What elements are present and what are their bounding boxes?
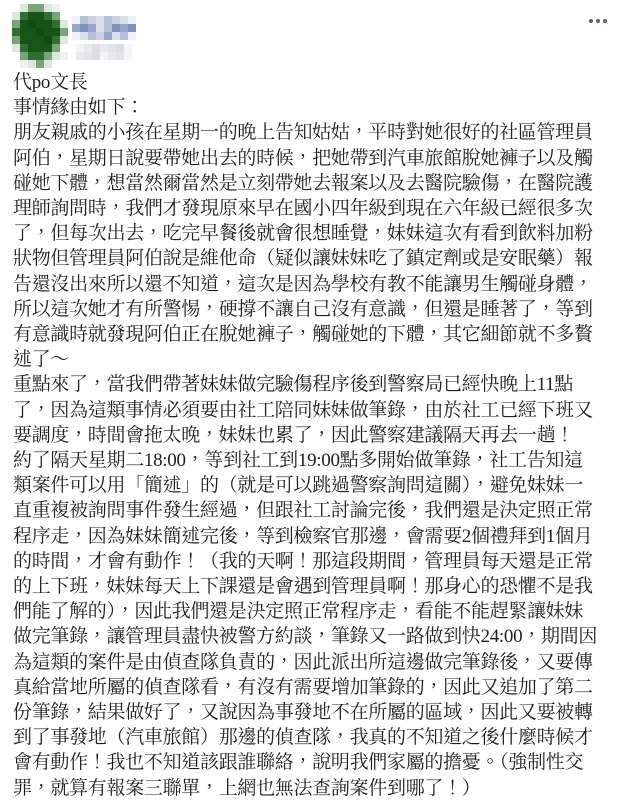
mosaic-pixel [128,32,136,40]
post-text-line: 程序走，因為妹妹簡述完後，等到檢察官那邊，會需要2個禮拜到1個月 [13,524,613,549]
post-text-line: 代po文長 [13,70,613,95]
mosaic-pixel [36,4,44,12]
mosaic-pixel [28,12,36,20]
mosaic-pixel [44,12,52,20]
post-text-line: 重點來了，當我們帶著妹妹做完驗傷程序後到警察局已經快晚上11點 [13,372,613,397]
mosaic-pixel [60,60,68,68]
mosaic-pixel [28,52,36,60]
mosaic-pixel [120,16,128,24]
mosaic-pixel [20,60,28,68]
mosaic-pixel [44,20,52,28]
mosaic-pixel [124,52,132,60]
mosaic-pixel [100,44,108,52]
mosaic-pixel [60,44,68,52]
post-text-line: 述了～ [13,347,613,372]
post-text-line: 類案件可以用「簡述」的（就是可以跳過警察詢問這關），避免妹妹一 [13,473,613,498]
mosaic-pixel [12,20,20,28]
mosaic-pixel [52,60,60,68]
mosaic-pixel [60,28,68,36]
mosaic-pixel [128,16,136,24]
mosaic-pixel [28,20,36,28]
mosaic-pixel [12,36,20,44]
mosaic-pixel [20,4,28,12]
post-text-line: 告還沒出來所以還不知道，這次是因為學校有教不能讓男生觸碰身體， [13,272,613,297]
mosaic-pixel [84,44,92,52]
mosaic-pixel [72,24,80,32]
mosaic-pixel [20,20,28,28]
mosaic-pixel [52,28,60,36]
post-text-line: 會有動作！我也不知道該跟誰聯絡，說明我們家屬的擔憂。（強制性交 [13,750,613,775]
post-text-line: 做完筆錄，讓管理員盡快被警方約談，筆錄又一路做到快24:00，期間因 [13,624,613,649]
mosaic-pixel [36,28,44,36]
post-text-line: 的上下班，妹妹每天上下課還是會遇到管理員啊！那身心的恐懼不是我 [13,574,613,599]
post-text-line: 理師詢問時，我們才發現原來早在國小四年級到現在六年級已經很多次 [13,196,613,221]
post-text-line: 們能了解的），因此我們還是決定照正常程序走，看能不能趕緊讓妹妹 [13,599,613,624]
mosaic-pixel [112,32,120,40]
mosaic-pixel [12,4,20,12]
mosaic-pixel [12,44,20,52]
mosaic-pixel [80,16,88,24]
mosaic-pixel [120,24,128,32]
mosaic-pixel [52,4,60,12]
mosaic-pixel [36,52,44,60]
mosaic-pixel [80,24,88,32]
mosaic-pixel [60,52,68,60]
mosaic-pixel [128,24,136,32]
mosaic-pixel [12,60,20,68]
mosaic-pixel [20,52,28,60]
mosaic-pixel [76,52,84,60]
avatar[interactable] [12,4,68,68]
mosaic-pixel [104,16,112,24]
mosaic-pixel [20,44,28,52]
post-card: 代po文長事情緣由如下：朋友親戚的小孩在星期一的晚上告知姑姑，平時對她很好的社區… [0,0,619,800]
post-text-line: 了，但每次出去，吃完早餐後就會很想睡覺，妹妹這次有看到飲料加粉 [13,221,613,246]
post-text-line: 阿伯，星期日說要帶她出去的時候，把她帶到汽車旅館脫她褲子以及觸 [13,146,613,171]
mosaic-pixel [96,16,104,24]
mosaic-pixel [36,60,44,68]
mosaic-pixel [36,12,44,20]
mosaic-pixel [52,44,60,52]
post-text: 代po文長事情緣由如下：朋友親戚的小孩在星期一的晚上告知姑姑，平時對她很好的社區… [13,70,613,800]
mosaic-pixel [44,44,52,52]
mosaic-pixel [100,52,108,60]
mosaic-pixel [72,32,80,40]
mosaic-pixel [108,52,116,60]
post-text-line: 了，因為這類事情必須要由社工陪同妹妹做筆錄，由於社工已經下班又 [13,398,613,423]
mosaic-pixel [28,28,36,36]
mosaic-pixel [36,20,44,28]
mosaic-pixel [28,44,36,52]
mosaic-pixel [28,4,36,12]
post-text-line: 約了隔天星期二18:00，等到社工到19:00點多開始做筆錄，社工告知這 [13,448,613,473]
mosaic-pixel [12,28,20,36]
mosaic-pixel [80,32,88,40]
post-text-line: 有意識時就發現阿伯正在脫她褲子，觸碰她的下體，其它細節就不多贅 [13,322,613,347]
mosaic-pixel [60,4,68,12]
mosaic-pixel [104,24,112,32]
more-options-button[interactable] [582,10,614,32]
mosaic-pixel [108,44,116,52]
mosaic-pixel [44,36,52,44]
mosaic-pixel [88,16,96,24]
mosaic-pixel [12,12,20,20]
mosaic-pixel [20,28,28,36]
mosaic-pixel [60,12,68,20]
post-text-line: 到了事發地（汽車旅館）那邊的偵查隊，我真的不知道之後什麼時候才 [13,725,613,750]
mosaic-pixel [92,44,100,52]
ellipsis-icon [589,19,608,24]
mosaic-pixel [104,32,112,40]
mosaic-pixel [36,44,44,52]
mosaic-pixel [52,52,60,60]
post-text-line: 份筆錄，結果做好了，又說因為事發地不在所屬的區域，因此又要被轉 [13,700,613,725]
mosaic-pixel [76,44,84,52]
mosaic-pixel [20,36,28,44]
post-text-line: 要調度，時間會拖太晚，妹妹也累了，因此警察建議隔天再去一趟！ [13,423,613,448]
mosaic-pixel [84,52,92,60]
mosaic-pixel [72,16,80,24]
mosaic-pixel [44,60,52,68]
post-text-line: 直重複被詢問事件發生經過，但跟社工討論完後，我們還是決定照正常 [13,498,613,523]
post-text-line: 的時間，才會有動作！（我的天啊！那這段期間，管理員每天還是正常 [13,549,613,574]
mosaic-pixel [44,52,52,60]
mosaic-pixel [36,36,44,44]
mosaic-pixel [112,16,120,24]
mosaic-pixel [112,24,120,32]
mosaic-pixel [88,24,96,32]
mosaic-pixel [44,4,52,12]
post-text-line: 為這類的案件是由偵查隊負責的，因此派出所這邊做完筆錄後，又要傳 [13,650,613,675]
mosaic-pixel [124,44,132,52]
mosaic-pixel [44,28,52,36]
mosaic-pixel [60,36,68,44]
author-name-redacted[interactable] [72,16,136,40]
mosaic-pixel [52,12,60,20]
post-text-line: 狀物但管理員阿伯說是維他命（疑似讓妹妹吃了鎮定劑或是安眠藥）報 [13,246,613,271]
mosaic-pixel [96,24,104,32]
mosaic-pixel [92,52,100,60]
post-text-line: 真給當地所屬的偵查隊看，有沒有需要增加筆錄的，因此又追加了第二 [13,675,613,700]
mosaic-pixel [60,20,68,28]
mosaic-pixel [120,32,128,40]
mosaic-pixel [20,12,28,20]
mosaic-pixel [28,60,36,68]
mosaic-pixel [88,32,96,40]
post-text-line: 事情緣由如下： [13,95,613,120]
post-text-line: 朋友親戚的小孩在星期一的晚上告知姑姑，平時對她很好的社區管理員 [13,120,613,145]
mosaic-pixel [28,36,36,44]
mosaic-pixel [52,36,60,44]
mosaic-pixel [52,20,60,28]
mosaic-pixel [116,44,124,52]
post-text-line: 所以這次她才有所警惕，硬撐不讓自己沒有意識，但還是睡著了，等到 [13,297,613,322]
mosaic-pixel [12,52,20,60]
post-text-line: 罪，就算有報案三聯單，上網也無法查詢案件到哪了！） [13,776,613,800]
post-text-line: 碰她下體，想當然爾當然是立刻帶她去報案以及去醫院驗傷，在醫院護 [13,171,613,196]
mosaic-pixel [116,52,124,60]
post-timestamp-redacted [76,44,132,60]
mosaic-pixel [96,32,104,40]
